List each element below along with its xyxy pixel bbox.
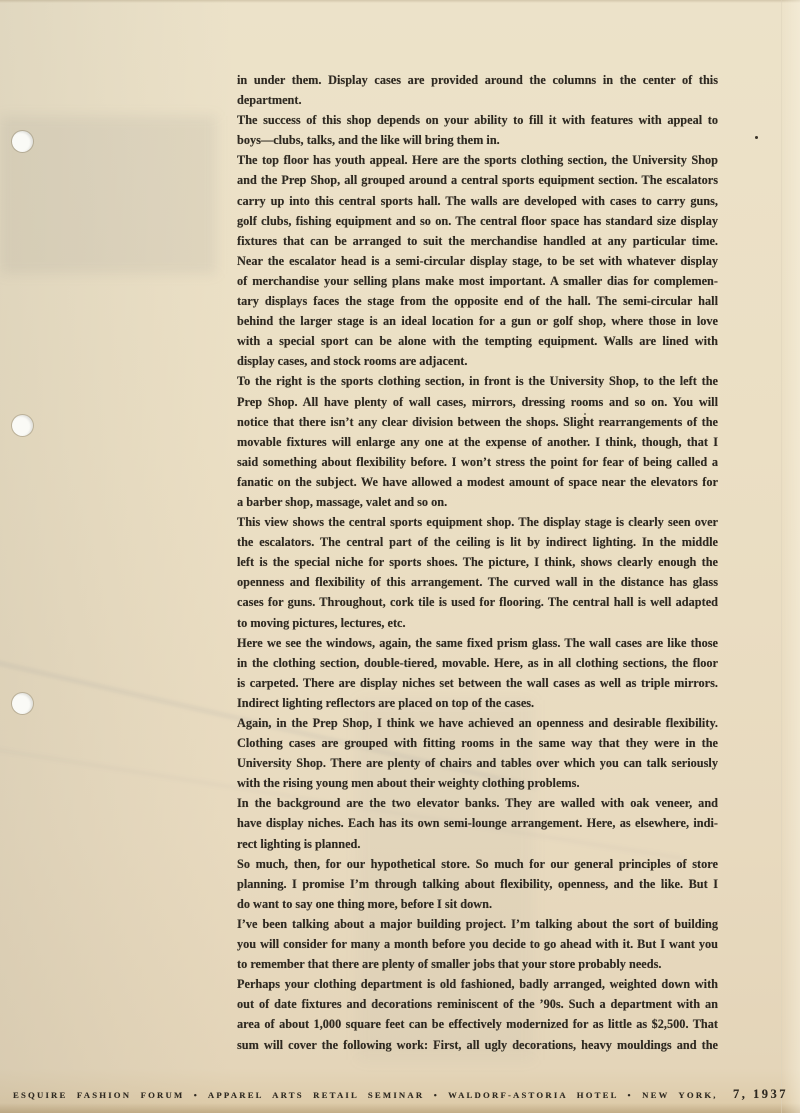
- paragraph: Here we see the windows, again, the same…: [237, 633, 718, 713]
- text-line: Again, in the Prep Shop, I think we have…: [237, 713, 718, 733]
- text-line: in under them. Display cases are provide…: [237, 70, 718, 90]
- ink-speck: [755, 136, 758, 139]
- paragraph: So much, then, for our hypothetical stor…: [237, 854, 718, 914]
- paper-edge-top: [0, 0, 800, 3]
- text-line: department.: [237, 90, 718, 110]
- text-line: of merchandise your selling plans make m…: [237, 271, 718, 291]
- paper-shading-left: [0, 0, 235, 1113]
- footer-date: 7, 1937: [733, 1087, 788, 1102]
- paragraph: Perhaps your clothing department is old …: [237, 974, 718, 1054]
- text-line: have display niches. Each has its own se…: [237, 813, 718, 833]
- text-line: boys—clubs, talks, and the like will bri…: [237, 130, 718, 150]
- text-line: in the clothing section, double-tiered, …: [237, 653, 718, 673]
- text-line: sum will cover the following work: First…: [237, 1035, 718, 1055]
- text-line: fixtures that can be arranged to suit th…: [237, 231, 718, 251]
- text-line: with a special sport can be alone with t…: [237, 331, 718, 351]
- text-line: the escalators. The central part of the …: [237, 532, 718, 552]
- text-line: The top floor has youth appeal. Here are…: [237, 150, 718, 170]
- text-line: This view shows the central sports equip…: [237, 512, 718, 532]
- text-line: with the rising young men about their we…: [237, 773, 718, 793]
- text-line: and the Prep Shop, all grouped around a …: [237, 170, 718, 190]
- paragraph: In the background are the two elevator b…: [237, 793, 718, 853]
- text-line: planning. I promise I’m through talking …: [237, 874, 718, 894]
- text-line: you will consider for many a month befor…: [237, 934, 718, 954]
- paragraph: The success of this shop depends on your…: [237, 110, 718, 150]
- text-line: So much, then, for our hypothetical stor…: [237, 854, 718, 874]
- text-line: out of date fixtures and decorations rem…: [237, 994, 718, 1014]
- text-line: Indirect lighting reflectors are placed …: [237, 693, 718, 713]
- text-line: said something about flexibility before.…: [237, 452, 718, 472]
- text-line: behind the larger stage is an ideal loca…: [237, 311, 718, 331]
- text-line: cases for guns. Throughout, cork tile is…: [237, 592, 718, 612]
- text-line: Clothing cases are grouped with fitting …: [237, 733, 718, 753]
- punch-hole: [12, 131, 33, 152]
- text-line: openness and flexibility of this arrange…: [237, 572, 718, 592]
- text-line: rect lighting is planned.: [237, 834, 718, 854]
- text-line: To the right is the sports clothing sect…: [237, 371, 718, 391]
- footer-imprint: ESQUIRE FASHION FORUM • APPAREL ARTS RET…: [13, 1087, 788, 1102]
- text-line: fanatic on the subject. We have allowed …: [237, 472, 718, 492]
- paragraph: The top floor has youth appeal. Here are…: [237, 150, 718, 371]
- punch-hole: [12, 693, 33, 714]
- footer-text: ESQUIRE FASHION FORUM • APPAREL ARTS RET…: [13, 1090, 724, 1100]
- paragraph: This view shows the central sports equip…: [237, 512, 718, 633]
- text-line: I’ve been talking about a major building…: [237, 914, 718, 934]
- punch-hole: [12, 415, 33, 436]
- paper-edge-right: [781, 0, 800, 1113]
- text-line: do want to say one thing more, before I …: [237, 894, 718, 914]
- text-line: movable fixtures will enlarge any one at…: [237, 432, 718, 452]
- text-line: is carpeted. There are display niches se…: [237, 673, 718, 693]
- paragraph: To the right is the sports clothing sect…: [237, 371, 718, 512]
- text-line: a barber shop, massage, valet and so on.: [237, 492, 718, 512]
- text-line: to moving pictures, lectures, etc.: [237, 613, 718, 633]
- paper-edge-bottom: [0, 1103, 800, 1113]
- text-line: to remember that there are plenty of sma…: [237, 954, 718, 974]
- scanned-page: in under them. Display cases are provide…: [0, 0, 800, 1113]
- text-line: Perhaps your clothing department is old …: [237, 974, 718, 994]
- text-line: Here we see the windows, again, the same…: [237, 633, 718, 653]
- text-line: left is the special niche for sports sho…: [237, 552, 718, 572]
- text-line: Near the escalator head is a semi-circul…: [237, 251, 718, 271]
- text-line: golf clubs, fishing equipment and so on.…: [237, 211, 718, 231]
- text-line: display cases, and stock rooms are adjac…: [237, 351, 718, 371]
- text-line: Prep Shop. All have plenty of wall cases…: [237, 392, 718, 412]
- text-block: in under them. Display cases are provide…: [237, 70, 718, 1055]
- text-line: carry up into this central sports hall. …: [237, 191, 718, 211]
- text-line: tary displays faces the stage from the o…: [237, 291, 718, 311]
- text-line: The success of this shop depends on your…: [237, 110, 718, 130]
- paragraph: in under them. Display cases are provide…: [237, 70, 718, 110]
- text-line: notice that there isn’t any clear divisi…: [237, 412, 718, 432]
- text-line: In the background are the two elevator b…: [237, 793, 718, 813]
- paragraph: I’ve been talking about a major building…: [237, 914, 718, 974]
- text-line: University Shop. There are plenty of cha…: [237, 753, 718, 773]
- paragraph: Again, in the Prep Shop, I think we have…: [237, 713, 718, 793]
- text-line: area of about 1,000 square feet can be e…: [237, 1014, 718, 1034]
